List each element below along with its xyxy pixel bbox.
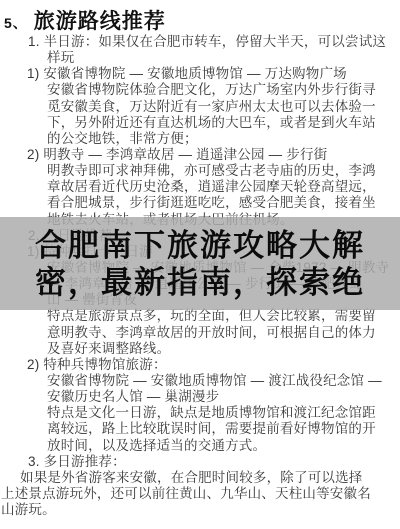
watermark-title-line2: 密，最新指南，探索绝	[35, 264, 365, 301]
text-line: 及喜好来调整路线。	[0, 341, 400, 357]
text-line: 特点是旅游景点多，玩的全面，但人会比较累，需要留	[0, 308, 400, 324]
text-line: 安徽省博物院体验合肥文化，万达广场室内外步行街寻	[0, 82, 400, 98]
text-line: 觅安徽美食，万达附近有一家庐州太太也可以去体验一	[0, 99, 400, 115]
text-line: 的公交地铁，非常方便；	[0, 131, 400, 147]
section-title: 旅游路线推荐	[34, 5, 166, 35]
text-line: 1. 半日游：如果仅在合肥市转车，停留大半天，可以尝试这	[0, 34, 400, 50]
text-line: 3. 多日游推荐：	[0, 454, 400, 470]
text-line: 样玩	[0, 50, 400, 66]
section-number: 5、	[4, 13, 28, 33]
text-line: 看合肥城景，步行街逛逛吃吃，感受合肥美食，接着坐	[0, 195, 400, 211]
text-line: 离较远，路上比较耽误时间，需要提前看好博物馆的开	[0, 421, 400, 437]
text-line: 1) 安徽省博物院 — 安徽地质博物馆 — 万达购物广场	[0, 66, 400, 82]
watermark-overlay: 合肥南下旅游攻略大解 密，最新指南，探索绝	[0, 217, 400, 310]
text-line: 章故居看近代历史沧桑，逍遥津公园摩天轮登高望远，	[0, 179, 400, 195]
text-line: 放时间，以及选择适当的交通方式。	[0, 438, 400, 454]
watermark-title-line1: 合肥南下旅游攻略大解	[35, 227, 365, 264]
document-page: 5、 旅游路线推荐 1. 半日游：如果仅在合肥市转车，停留大半天，可以尝试这样玩…	[0, 0, 400, 529]
text-line: 特点是文化一日游，缺点是地质博物馆和渡江纪念馆距	[0, 405, 400, 421]
section-heading: 5、 旅游路线推荐	[0, 0, 400, 37]
text-line: 意明教寺、李鸿章故居的开放时间，可根据自己的体力	[0, 325, 400, 341]
text-line: 上述景点游玩外，还可以前往黄山、九华山、天柱山等安徽名	[0, 486, 400, 502]
text-line: 明教寺即可求神拜佛，亦可感受古老寺庙的历史，李鸿	[0, 163, 400, 179]
text-line: 2) 明教寺 — 李鸿章故居 — 逍遥津公园 — 步行街	[0, 147, 400, 163]
text-line: 安徽历史名人馆 — 巢湖漫步	[0, 389, 400, 405]
text-line: 安徽省博物院 — 安徽地质博物馆 — 渡江战役纪念馆 —	[0, 373, 400, 389]
text-line: 2) 特种兵博物馆旅游：	[0, 357, 400, 373]
text-line: 下，另外附近还有直达机场的大巴车，或者是到火车站	[0, 115, 400, 131]
text-line: 如果是外省游客来安徽，在合肥时间较多，除了可以选择	[0, 470, 400, 486]
text-line: 山游玩。	[0, 502, 400, 518]
